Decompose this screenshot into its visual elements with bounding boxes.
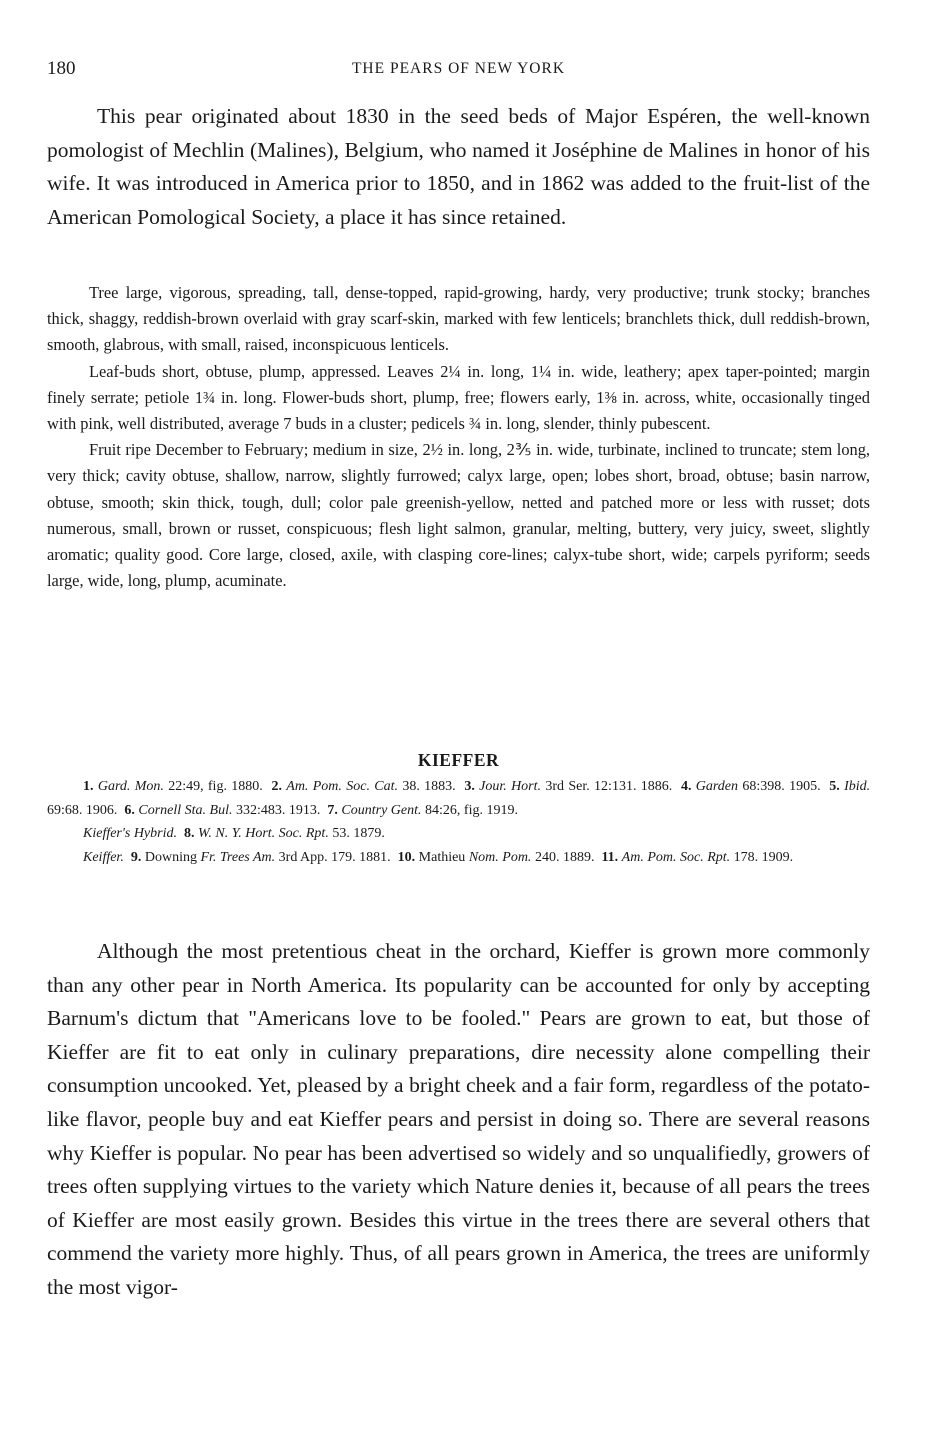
ref-title: Am. Pom. Soc. Cat. xyxy=(286,779,398,794)
ref-title: Country Gent. xyxy=(341,803,421,818)
ref-title: Cornell Sta. Bul. xyxy=(138,803,232,818)
ref-number: 2. xyxy=(271,779,282,794)
ref-cite: 53. 1879. xyxy=(332,826,385,841)
flower-size-value: 1⅜ xyxy=(596,388,617,407)
ref-title: Jour. Hort. xyxy=(479,779,541,794)
reference-item: 7. Country Gent. 84:26, fig. 1919. xyxy=(327,803,518,818)
leaves-flowers-description: Leaf-buds short, obtuse, plump, appresse… xyxy=(47,359,870,438)
section-heading: KIEFFER xyxy=(47,750,870,771)
synonym-name: Keiffer. xyxy=(83,850,124,865)
ref-cite: 84:26, fig. 1919. xyxy=(425,803,518,818)
reference-item: 2. Am. Pom. Soc. Cat. 38. 1883. xyxy=(271,779,455,794)
synonym-keiffer: Keiffer. 9. Downing Fr. Trees Am. 3rd Ap… xyxy=(47,846,870,870)
ref-title: Gard. Mon. xyxy=(98,779,164,794)
ref-cite: 3rd App. 179. 1881. xyxy=(279,850,391,865)
ref-author: Mathieu xyxy=(419,850,466,865)
ref-title: Garden xyxy=(696,779,738,794)
ref-number: 9. xyxy=(131,850,142,865)
pedicel-length-value: ¾ xyxy=(469,414,481,433)
intro-section: This pear originated about 1830 in the s… xyxy=(47,100,870,234)
reference-item: 6. Cornell Sta. Bul. 332:483. 1913. xyxy=(124,803,320,818)
body-paragraph: Although the most pretentious cheat in t… xyxy=(47,935,870,1305)
reference-item: 3. Jour. Hort. 3rd Ser. 12:131. 1886. xyxy=(464,779,672,794)
ref-author: Downing xyxy=(145,850,197,865)
running-head: 180 THE PEARS OF NEW YORK xyxy=(47,58,870,82)
reference-item: 9. Downing Fr. Trees Am. 3rd App. 179. 1… xyxy=(131,850,391,865)
running-title: THE PEARS OF NEW YORK xyxy=(47,60,870,78)
ref-cite: 22:49, fig. 1880. xyxy=(168,779,263,794)
fruit-length-value: 2½ xyxy=(422,440,443,459)
ref-number: 6. xyxy=(124,803,135,818)
leaf-width-value: 1¼ xyxy=(531,362,552,381)
ref-cite: 38. 1883. xyxy=(402,779,455,794)
ref-cite: 240. 1889. xyxy=(535,850,595,865)
reference-list: 1. Gard. Mon. 22:49, fig. 1880. 2. Am. P… xyxy=(47,775,870,822)
fruit-width-value: 2⅗ xyxy=(507,440,532,459)
ref-number: 3. xyxy=(464,779,475,794)
ref-title: Am. Pom. Soc. Rpt. xyxy=(622,850,730,865)
text-run: Leaf-buds short, obtuse, plump, appresse… xyxy=(89,362,440,381)
ref-title: W. N. Y. Hort. Soc. Rpt. xyxy=(198,826,329,841)
text-run: Fruit ripe December to February; medium … xyxy=(89,440,422,459)
intro-paragraph: This pear originated about 1830 in the s… xyxy=(47,100,870,234)
petiole-length-value: 1¾ xyxy=(195,388,216,407)
reference-item: 1. Gard. Mon. 22:49, fig. 1880. xyxy=(83,779,263,794)
ref-number: 7. xyxy=(327,803,338,818)
reference-item: 11. Am. Pom. Soc. Rpt. 178. 1909. xyxy=(601,850,793,865)
synonym-kieffers-hybrid: Kieffer's Hybrid. 8. W. N. Y. Hort. Soc.… xyxy=(47,822,870,846)
text-run: in. long, xyxy=(461,362,531,381)
ref-number: 4. xyxy=(681,779,692,794)
ref-cite: 68:398. 1905. xyxy=(742,779,820,794)
ref-number: 8. xyxy=(184,826,195,841)
text-run: in. long, xyxy=(443,440,507,459)
ref-number: 1. xyxy=(83,779,94,794)
ref-title: Nom. Pom. xyxy=(469,850,532,865)
body-section: Although the most pretentious cheat in t… xyxy=(47,935,870,1305)
text-run: in. wide, turbinate, inclined to truncat… xyxy=(47,440,870,590)
ref-number: 10. xyxy=(398,850,416,865)
ref-number: 11. xyxy=(601,850,618,865)
ref-cite: 178. 1909. xyxy=(734,850,794,865)
text-run: in. long. Flower-buds short, plump, free… xyxy=(215,388,596,407)
ref-title: Ibid. xyxy=(844,779,870,794)
ref-title: Fr. Trees Am. xyxy=(200,850,275,865)
description-section: Tree large, vigorous, spreading, tall, d… xyxy=(47,280,870,594)
tree-description: Tree large, vigorous, spreading, tall, d… xyxy=(47,280,870,359)
ref-cite: 69:68. 1906. xyxy=(47,803,117,818)
leaf-length-value: 2¼ xyxy=(440,362,461,381)
ref-cite: 3rd Ser. 12:131. 1886. xyxy=(545,779,672,794)
synonym-name: Kieffer's Hybrid. xyxy=(83,826,177,841)
reference-item: 4. Garden 68:398. 1905. xyxy=(681,779,821,794)
text-run: in. long, slender, thinly pubescent. xyxy=(481,414,710,433)
fruit-description: Fruit ripe December to February; medium … xyxy=(47,437,870,594)
ref-cite: 332:483. 1913. xyxy=(236,803,320,818)
reference-item: 10. Mathieu Nom. Pom. 240. 1889. xyxy=(398,850,595,865)
ref-number: 5. xyxy=(829,779,840,794)
kieffer-section: KIEFFER 1. Gard. Mon. 22:49, fig. 1880. … xyxy=(47,750,870,869)
